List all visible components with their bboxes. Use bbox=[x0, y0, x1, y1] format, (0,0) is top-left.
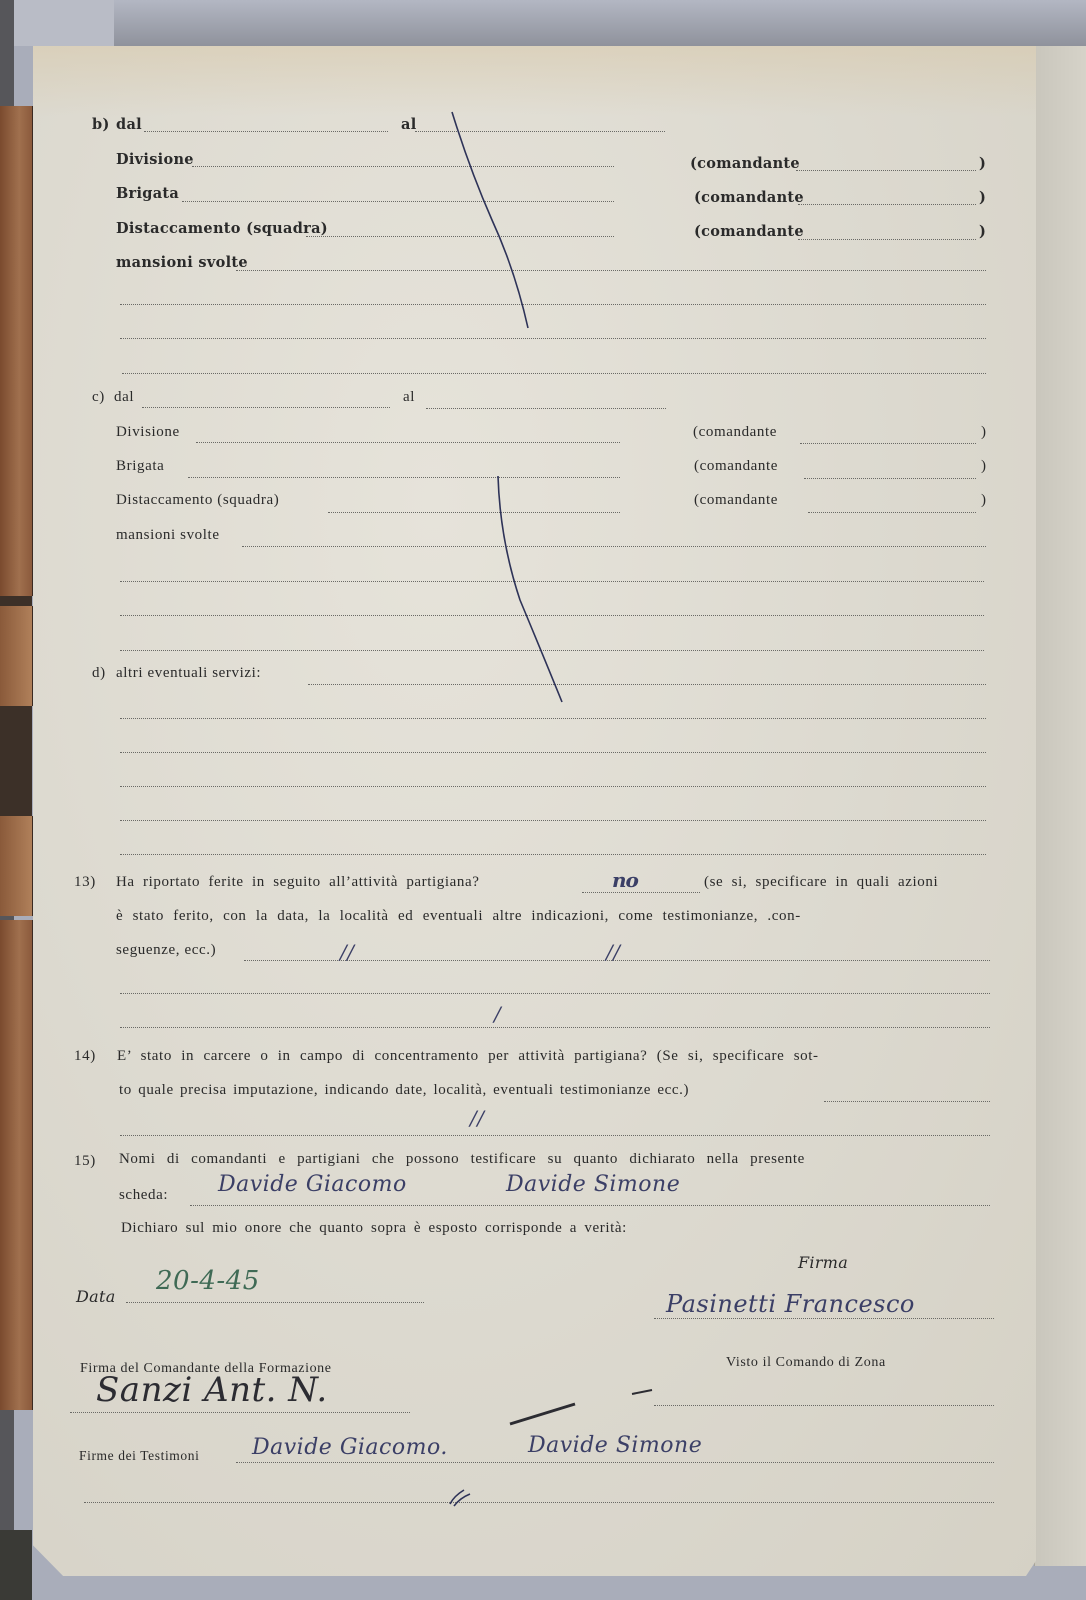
strike-line-section-b bbox=[452, 112, 528, 328]
commander-dash bbox=[632, 1390, 652, 1394]
strike-line-section-c bbox=[498, 476, 562, 702]
pen-strokes bbox=[0, 0, 1086, 1600]
ditto-mark bbox=[450, 1490, 470, 1506]
commander-underline bbox=[510, 1404, 575, 1424]
